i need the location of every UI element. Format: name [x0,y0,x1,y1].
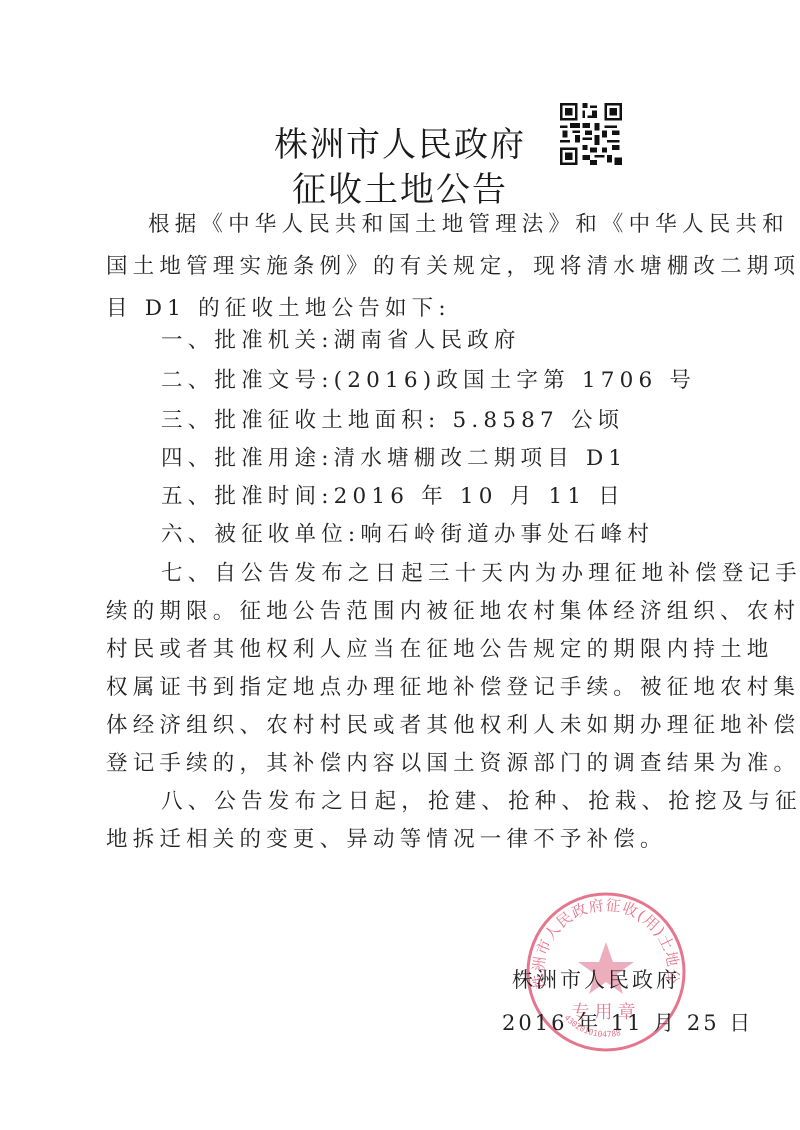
document-title: 征收土地公告 [0,162,800,211]
item7-line-6: 登记手续的，其补偿内容以国土资源部门的调查结果为准。 [106,753,800,775]
item7-line-3: 村民或者其他权利人应当在征地公告规定的期限内持土地 [106,639,774,661]
item-approval-document-number: 二、批准文号:(2016)政国土字第 1706 号 [161,370,696,392]
item7-line-4: 权属证书到指定地点办理征地补偿登记手续。被征地农村集 [106,677,800,699]
item7-line-2: 续的期限。征地公告范围内被征地农村集体经济组织、农村 [106,601,800,623]
signature-issuer: 株洲市人民政府 [512,970,680,991]
item-approved-area: 三、批准征收土地面积: 5.8587 公顷 [161,410,624,432]
item-approval-date: 五、批准时间:2016 年 10 月 11 日 [161,486,625,508]
intro-line-3: 目 D1 的征收土地公告如下: [106,298,451,320]
item-approval-authority: 一、批准机关:湖南省人民政府 [161,330,521,352]
signature-date: 2016 年 11 月 25 日 [502,1013,753,1034]
qr-code-icon[interactable] [557,103,625,165]
item7-line-5: 体经济组织、农村村民或者其他权利人未如期办理征地补偿 [106,715,800,737]
intro-line-1: 根据《中华人民共和国土地管理法》和《中华人民共和 [148,214,789,236]
intro-line-2: 国土地管理实施条例》的有关规定，现将清水塘棚改二期项 [106,256,800,278]
document-title-issuer: 株洲市人民政府 [0,117,800,166]
item-expropriated-unit: 六、被征收单位:响石岭街道办事处石峰村 [161,524,654,546]
item8-line-1: 八、公告发布之日起，抢建、抢种、抢栽、抢挖及与征 [161,791,800,813]
item-approved-use: 四、批准用途:清水塘棚改二期项目 D1 [161,448,627,470]
item7-line-1: 七、自公告发布之日起三十天内为办理征地补偿登记手 [161,563,800,585]
item8-line-2: 地拆迁相关的变更、异动等情况一律不予补偿。 [106,829,667,851]
